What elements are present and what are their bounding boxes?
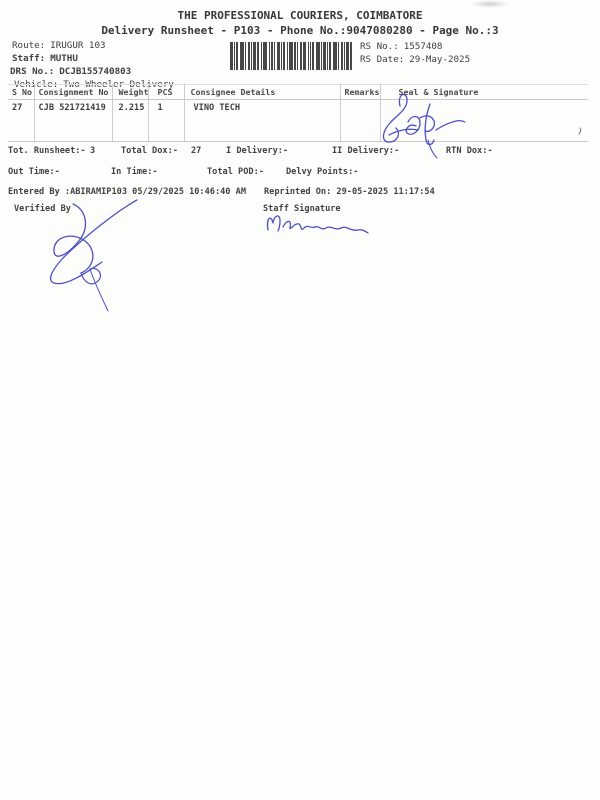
cell-pcs: 1: [148, 100, 184, 142]
rs-no-line: RS No.: 1557408: [360, 41, 442, 52]
out-time-label: Out Time:-: [8, 167, 60, 177]
total-dox-label: Total Dox:-: [121, 146, 178, 156]
table-row: 27 CJB 521721419 2.215 1 VINO TECH: [8, 100, 588, 142]
page-title: THE PROFESSIONAL COURIERS, COIMBATORE: [0, 9, 600, 22]
reprinted-on-text: Reprinted On: 29-05-2025 11:17:54: [264, 187, 435, 197]
col-header-remarks: Remarks: [340, 85, 380, 100]
verified-by-label: Verified By: [14, 204, 71, 214]
cell-consignment: CJB 521721419: [34, 100, 112, 142]
cell-seal-signature: [380, 100, 588, 142]
col-header-s-no: S No: [8, 85, 34, 100]
drs-no-label: DRS No.:: [10, 66, 54, 77]
stray-ink-mark: [576, 126, 584, 136]
delivery-runsheet-document: THE PROFESSIONAL COURIERS, COIMBATORE De…: [0, 0, 600, 800]
col-header-weight: Weight: [112, 85, 148, 100]
i-delivery-label: I Delivery:-: [226, 146, 288, 156]
ii-delivery-label: II Delivery:-: [332, 146, 399, 156]
total-dox-value: 27: [191, 146, 201, 156]
route-value: IRUGUR 103: [50, 40, 105, 51]
staff-line: Staff: MUTHU: [12, 53, 78, 64]
delvy-points-label: Delvy Points:-: [286, 167, 358, 177]
cell-remarks: [340, 100, 380, 142]
rs-date-line: RS Date: 29-May-2025: [360, 54, 470, 65]
rs-barcode-icon: [230, 42, 352, 70]
rs-date-value: 29-May-2025: [409, 54, 470, 65]
table-header-row: S No Consignment No Weight PCS Consignee…: [8, 85, 588, 100]
page-subtitle: Delivery Runsheet - P103 - Phone No.:904…: [0, 24, 600, 37]
staff-signature-label: Staff Signature: [263, 204, 341, 214]
cell-weight: 2.215: [112, 100, 148, 142]
entered-by-text: Entered By :ABIRAMIP103 05/29/2025 10:46…: [8, 187, 246, 197]
staff-value: MUTHU: [50, 53, 78, 64]
rs-no-value: 1557408: [404, 41, 443, 52]
tot-runsheet-label: Tot. Runsheet:-: [8, 146, 86, 156]
tot-runsheet-value: 3: [90, 146, 95, 156]
cell-s-no: 27: [8, 100, 34, 142]
drs-no-value: DCJB155740803: [59, 66, 131, 77]
col-header-consignment: Consignment No: [34, 85, 112, 100]
route-line: Route: IRUGUR 103: [12, 40, 106, 51]
cell-consignee: VINO TECH: [184, 100, 340, 142]
col-header-consignee: Consignee Details: [184, 85, 340, 100]
col-header-pcs: PCS: [148, 85, 184, 100]
staff-label: Staff:: [12, 53, 45, 64]
rtn-dox-label: RTN Dox:-: [446, 146, 493, 156]
consignment-table: S No Consignment No Weight PCS Consignee…: [8, 84, 588, 142]
route-label: Route:: [12, 40, 45, 51]
drs-no-line: DRS No.: DCJB155740803: [10, 66, 131, 77]
rs-no-label: RS No.:: [360, 41, 399, 52]
total-pod-label: Total POD:-: [207, 167, 264, 177]
scan-smudge: [470, 0, 510, 8]
rs-date-label: RS Date:: [360, 54, 404, 65]
col-header-seal: Seal & Signature: [380, 85, 588, 100]
in-time-label: In Time:-: [111, 167, 158, 177]
